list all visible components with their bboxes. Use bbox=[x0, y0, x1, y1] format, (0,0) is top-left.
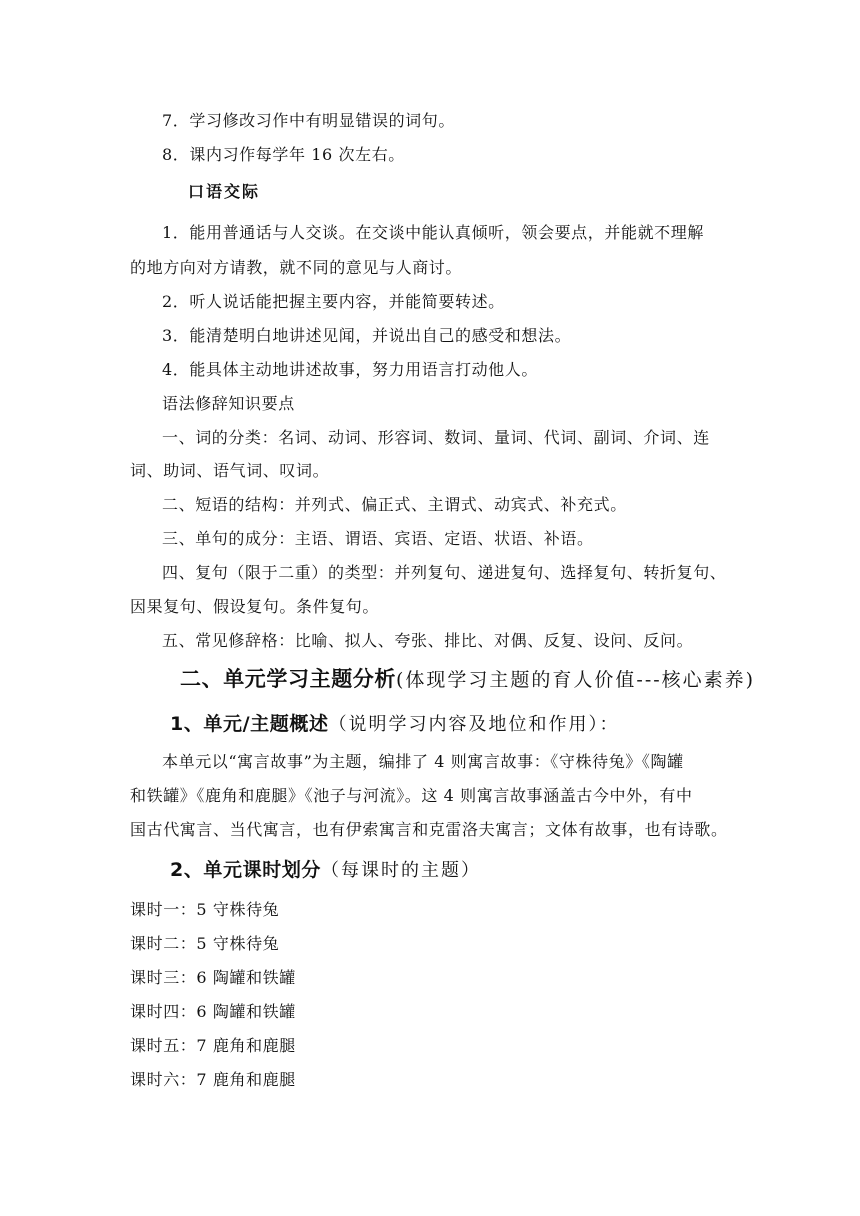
oral-item-2: 2．听人说话能把握主要内容，并能简要转述。 bbox=[162, 292, 505, 312]
grammar-p2: 二、短语的结构：并列式、偏正式、主谓式、动宾式、补充式。 bbox=[162, 495, 627, 515]
oral-item-4: 4．能具体主动地讲述故事，努力用语言打动他人。 bbox=[162, 360, 538, 380]
overview-line-2: 和铁罐》《鹿角和鹿腿》《池子与河流》。这 4 则寓言故事涵盖古今中外，有中 bbox=[130, 786, 693, 806]
lesson-1: 课时一：5 守株待兔 bbox=[130, 900, 279, 920]
grammar-p5: 五、常见修辞格：比喻、拟人、夸张、排比、对偶、反复、设问、反问。 bbox=[162, 631, 693, 651]
oral-item-3: 3．能清楚明白地讲述见闻，并说出自己的感受和想法。 bbox=[162, 326, 571, 346]
subsection-1-title: 1、单元/主题概述 bbox=[170, 713, 329, 735]
section-2-title-note: (体现学习主题的育人价值---核心素养) bbox=[396, 669, 755, 691]
writing-item-8: 8．课内习作每学年 16 次左右。 bbox=[162, 145, 405, 165]
subsection-1-heading: 1、单元/主题概述（说明学习内容及地位和作用）： bbox=[170, 712, 620, 737]
grammar-p4-line-2: 因果复句、假设复句。条件复句。 bbox=[130, 597, 379, 617]
grammar-p1-line-1: 一、词的分类：名词、动词、形容词、数词、量词、代词、副词、介词、连 bbox=[162, 428, 710, 448]
subsection-2-heading: 2、单元课时划分（每课时的主题） bbox=[170, 858, 481, 883]
section-2-heading: 二、单元学习主题分析(体现学习主题的育人价值---核心素养) bbox=[180, 666, 755, 693]
subsection-2-note: （每课时的主题） bbox=[321, 860, 481, 881]
subsection-2-title: 2、单元课时划分 bbox=[170, 859, 321, 881]
oral-item-1-line-2: 的地方向对方请教，就不同的意见与人商讨。 bbox=[130, 258, 462, 278]
oral-communication-heading: 口语交际 bbox=[188, 182, 260, 202]
oral-item-1-line-1: 1．能用普通话与人交谈。在交谈中能认真倾听，领会要点，并能就不理解 bbox=[162, 223, 704, 243]
writing-item-7: 7．学习修改习作中有明显错误的词句。 bbox=[162, 111, 455, 131]
lesson-3: 课时三：6 陶罐和铁罐 bbox=[130, 968, 296, 988]
grammar-p3: 三、单句的成分：主语、谓语、宾语、定语、状语、补语。 bbox=[162, 529, 594, 549]
overview-line-3: 国古代寓言、当代寓言，也有伊索寓言和克雷洛夫寓言；文体有故事，也有诗歌。 bbox=[130, 820, 728, 840]
section-2-title: 二、单元学习主题分析 bbox=[180, 667, 396, 691]
subsection-1-note: （说明学习内容及地位和作用）： bbox=[329, 714, 620, 735]
lesson-2: 课时二：5 守株待兔 bbox=[130, 934, 279, 954]
lesson-5: 课时五：7 鹿角和鹿腿 bbox=[130, 1036, 296, 1056]
lesson-6: 课时六：7 鹿角和鹿腿 bbox=[130, 1070, 296, 1090]
lesson-4: 课时四：6 陶罐和铁罐 bbox=[130, 1002, 296, 1022]
grammar-p4-line-1: 四、复句（限于二重）的类型：并列复句、递进复句、选择复句、转折复句、 bbox=[162, 563, 726, 583]
overview-line-1: 本单元以“寓言故事”为主题，编排了 4 则寓言故事：《守株待兔》《陶罐 bbox=[162, 752, 684, 772]
document-page: 7．学习修改习作中有明显错误的词句。 8．课内习作每学年 16 次左右。 口语交… bbox=[0, 0, 860, 1216]
grammar-heading: 语法修辞知识要点 bbox=[162, 394, 295, 414]
grammar-p1-line-2: 词、助词、语气词、叹词。 bbox=[130, 461, 329, 481]
